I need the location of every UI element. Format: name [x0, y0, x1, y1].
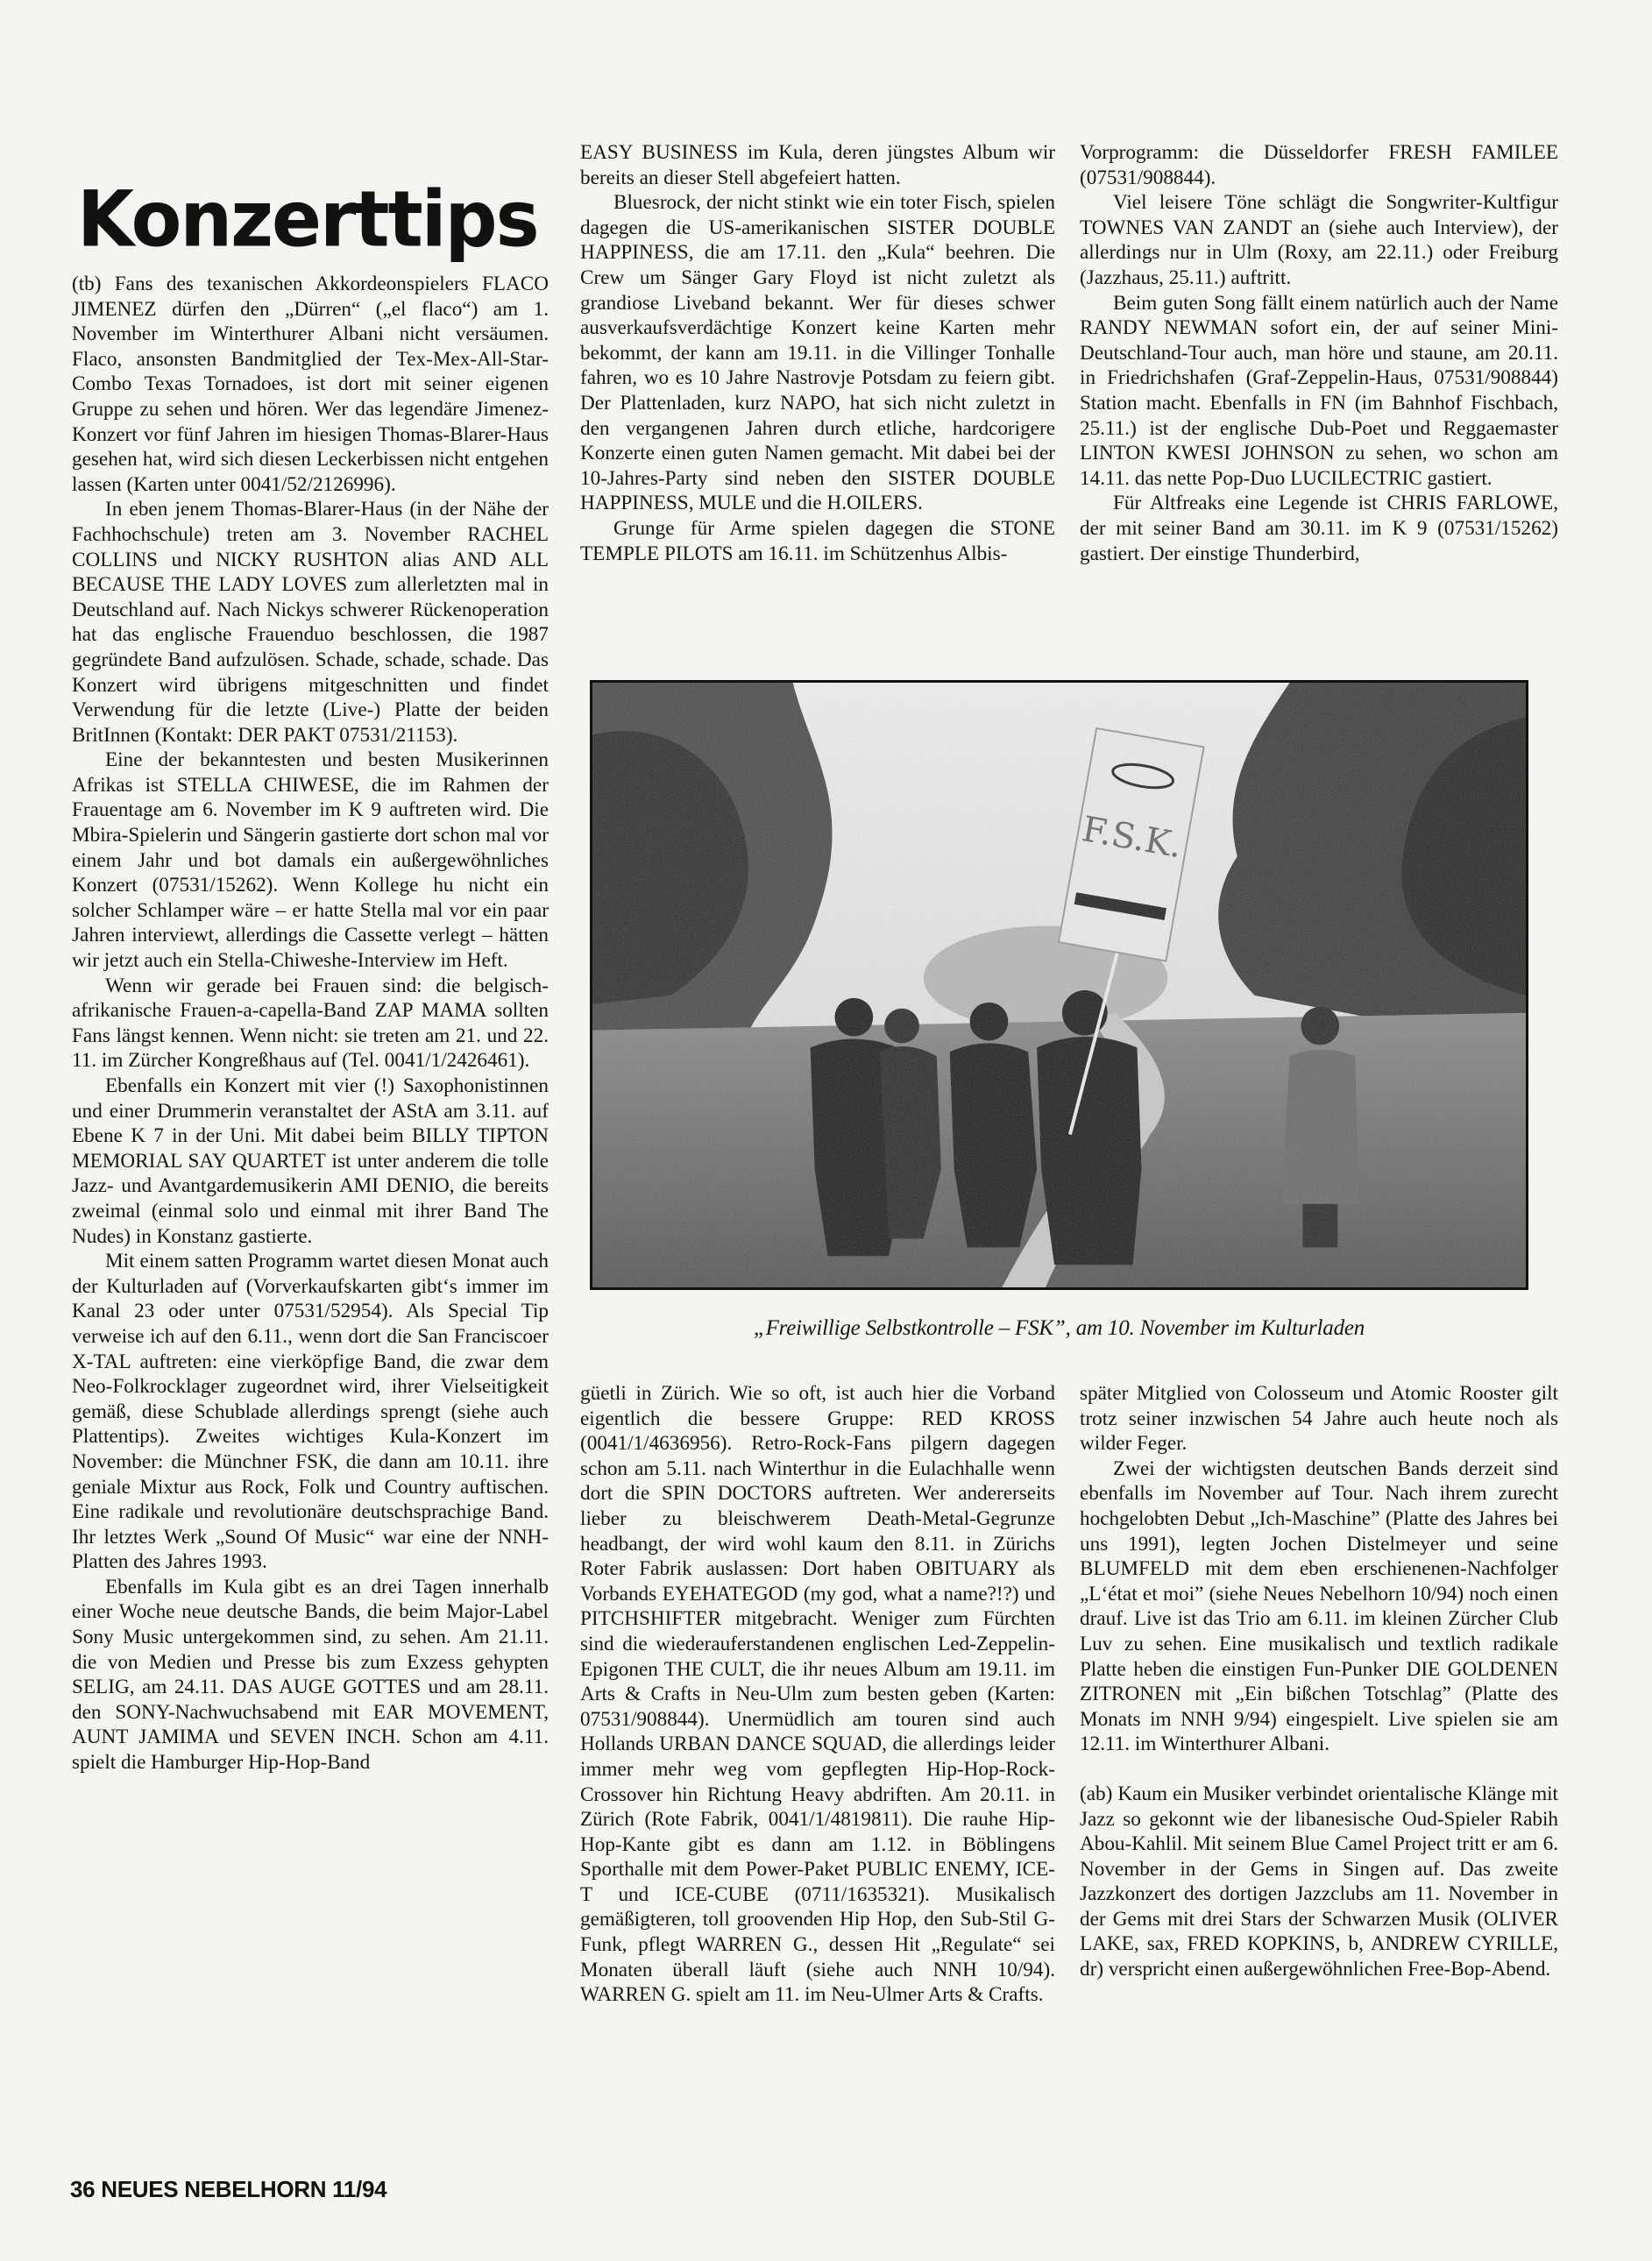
article-paragraph: später Mitglied von Colosseum und Atomic…: [1080, 1381, 1558, 1457]
photo-caption: „Freiwillige Selbstkontrolle – FSK”, am …: [590, 1316, 1528, 1341]
page-footer: 36 NEUES NEBELHORN 11/94: [70, 2176, 386, 2203]
article-paragraph: Eine der bekanntesten und besten Musiker…: [72, 748, 549, 973]
article-paragraph: In eben jenem Thomas-Blarer-Haus (in der…: [72, 497, 549, 748]
article-paragraph: Ebenfalls im Kula gibt es an drei Tagen …: [72, 1575, 549, 1775]
article-paragraph: Wenn wir gerade bei Frauen sind: die bel…: [72, 974, 549, 1074]
article-column-left: (tb) Fans des texanischen Akkordeonspiel…: [72, 272, 549, 1775]
article-paragraph: Ebenfalls ein Konzert mit vier (!) Saxop…: [72, 1074, 549, 1249]
article-paragraph: Für Altfreaks eine Legende ist CHRIS FAR…: [1080, 491, 1558, 566]
band-photo: F.S.K.: [590, 680, 1528, 1290]
article-paragraph: güetli in Zürich. Wie so oft, ist auch h…: [580, 1381, 1055, 2008]
article-paragraph: Grunge für Arme spielen dagegen die STON…: [580, 516, 1055, 566]
article-paragraph: (ab) Kaum ein Musiker verbindet oriental…: [1080, 1782, 1558, 1982]
article-column-middle-bottom: güetli in Zürich. Wie so oft, ist auch h…: [580, 1381, 1055, 2008]
article-paragraph: Mit einem satten Programm wartet diesen …: [72, 1249, 549, 1575]
article-paragraph: Viel leisere Töne schlägt die Songwriter…: [1080, 190, 1558, 290]
article-paragraph: EASY BUSINESS im Kula, deren jüngstes Al…: [580, 140, 1055, 190]
article-column-middle-top: EASY BUSINESS im Kula, deren jüngstes Al…: [580, 140, 1055, 566]
article-column-right-bottom: später Mitglied von Colosseum und Atomic…: [1080, 1381, 1558, 1982]
article-paragraph: Vorprogramm: die Düsseldorfer FRESH FAMI…: [1080, 140, 1558, 190]
article-paragraph: (tb) Fans des texanischen Akkordeonspiel…: [72, 272, 549, 497]
fsk-band-photo-image: F.S.K.: [592, 683, 1526, 1287]
article-paragraph: Beim guten Song fällt einem natürlich au…: [1080, 291, 1558, 492]
article-paragraph: Bluesrock, der nicht stinkt wie ein tote…: [580, 190, 1055, 516]
article-paragraph: Zwei der wichtigsten deutschen Bands der…: [1080, 1457, 1558, 1757]
page-title: Konzerttips: [77, 181, 538, 258]
article-column-right-top: Vorprogramm: die Düsseldorfer FRESH FAMI…: [1080, 140, 1558, 566]
